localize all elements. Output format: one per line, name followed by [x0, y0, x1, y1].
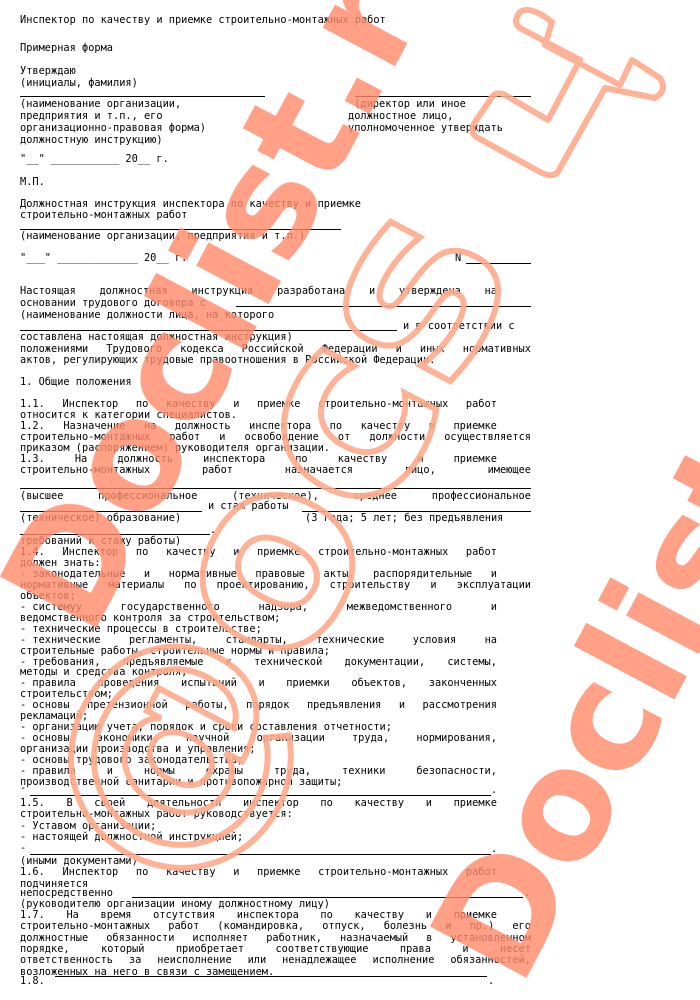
word: работы,	[185, 699, 228, 711]
word: качеству	[166, 546, 216, 558]
word: строительно-монтажных	[20, 920, 150, 932]
word: техники	[342, 765, 385, 777]
extra-knowledge-field[interactable]	[30, 795, 491, 796]
word: и	[462, 943, 468, 955]
intro-line: и в соответствии с	[403, 320, 515, 332]
approver-caption-line: уполномоченное утверждать	[348, 122, 503, 134]
word: утверждена	[399, 285, 461, 297]
word: по	[320, 909, 332, 921]
word: исполняет	[192, 932, 248, 944]
document-date-field: "___" _____________ 20__ г.	[20, 252, 187, 264]
knowledge-item: нормативныематериалыпопроектированию,стр…	[20, 579, 531, 591]
word: приемке	[257, 866, 300, 878]
section-title: 1. Общие положения	[20, 376, 132, 388]
word: приемки	[286, 677, 329, 689]
document-title: Инспектор по качеству и приемке строител…	[20, 14, 386, 26]
word: от	[338, 431, 350, 443]
word: качеству	[354, 909, 404, 921]
education-field[interactable]	[20, 488, 531, 489]
word: и	[426, 909, 432, 921]
word: проектированию,	[217, 579, 310, 591]
paragraph-line: 1.6.Инспекторпокачествуиприемкестроитель…	[20, 866, 497, 878]
approver-caption-line: (директор или иное	[348, 98, 466, 110]
paragraph-line: - настоящей должностной инструкцией;	[20, 831, 243, 843]
word: эксплуатации	[457, 579, 531, 591]
approver-position-field[interactable]	[355, 96, 531, 97]
intro-line: составлена настоящая должностная инструк…	[20, 331, 293, 343]
word: и	[233, 866, 239, 878]
word: труда,	[352, 732, 389, 744]
word: приемке	[257, 398, 300, 410]
word: или	[248, 954, 267, 966]
caption-line: (техническое) образование)	[20, 512, 181, 524]
word: материалы	[108, 579, 164, 591]
word: должности	[369, 431, 425, 443]
approve-label: Утверждаю	[20, 65, 76, 77]
paragraph-line: 1.7.Навремяотсутствияинспекторапокачеств…	[20, 909, 497, 921]
heading-line: строительно-монтажных работ	[20, 209, 187, 221]
word: и	[369, 285, 375, 297]
intro-line: основании трудового договора с	[20, 297, 206, 309]
intro-line: (наименование должности лица, на которог…	[20, 309, 274, 321]
word: права	[400, 943, 431, 955]
paragraph-line: строительно-монтажныхработназначаетсялиц…	[20, 464, 531, 476]
approver-caption-line: должностное лицо,	[348, 110, 453, 122]
knowledge-item: - основыпретензионнойработы,порядокпредъ…	[20, 699, 497, 711]
word: на	[485, 285, 497, 297]
word: должностная	[99, 285, 167, 297]
word: документации,	[345, 656, 426, 668]
word: своей	[94, 797, 125, 809]
word: условия	[413, 634, 456, 646]
word: испытаний	[181, 677, 237, 689]
word: и	[399, 699, 405, 711]
paragraph-line: строительно-монтажных работ руководствуе…	[20, 808, 293, 820]
word: лицо,	[405, 464, 436, 476]
word: (высшее	[20, 490, 63, 502]
word: и	[426, 797, 432, 809]
word: На	[66, 909, 78, 921]
word: Настоящая	[20, 285, 76, 297]
word: В	[66, 797, 72, 809]
word: инструкция	[191, 285, 253, 297]
caption-line: (3 года; 5 лет; без предъявления	[305, 512, 503, 524]
word: нормативных	[463, 343, 531, 355]
word: и	[430, 579, 436, 591]
word: обязанностей,	[450, 954, 531, 966]
period: .	[491, 784, 497, 796]
dash: -	[20, 782, 26, 794]
word: инспектор	[243, 797, 299, 809]
period: .	[210, 524, 216, 536]
paragraph-number: 1.8.	[20, 975, 45, 987]
paragraph-line: должностныеобязанностиисполняетработник,…	[20, 932, 531, 944]
number-label: N	[455, 252, 461, 264]
word: порядке,	[20, 943, 70, 955]
word: 1.6.	[20, 866, 45, 878]
word: его	[512, 920, 531, 932]
document-page: Инспектор по качеству и приемке строител…	[0, 0, 700, 1000]
word: рассмотрения	[423, 699, 497, 711]
word: ответственность	[20, 954, 113, 966]
word: приемке	[454, 909, 497, 921]
word: ненадлежащее	[282, 954, 356, 966]
word: исполнение	[372, 954, 434, 966]
clause-1-8-field[interactable]	[55, 976, 487, 977]
word: разработана	[277, 285, 345, 297]
word: законченных	[429, 677, 497, 689]
word: работ	[202, 464, 233, 476]
intro-line: Настоящаядолжностнаяинструкцияразработан…	[20, 285, 497, 297]
paragraph-line: 1.5.Всвоейдеятельностиинспекторпокачеств…	[20, 797, 497, 809]
word: должностные	[20, 932, 88, 944]
word: к	[226, 656, 232, 668]
period: .	[491, 843, 497, 855]
word: имеющее	[488, 464, 531, 476]
org-caption-line: (наименование организации,	[20, 98, 181, 110]
stamp-label: М.П.	[20, 176, 45, 188]
org-caption-line: организационно-правовая форма)	[20, 122, 206, 134]
word: предъявления	[307, 699, 381, 711]
word: и	[491, 601, 497, 613]
word: объектов,	[351, 677, 407, 689]
period: .	[524, 887, 530, 899]
contract-field[interactable]	[236, 306, 531, 307]
word: время	[101, 909, 132, 921]
word: системы,	[447, 656, 497, 668]
intro-line: актов, регулирующих трудовые правоотноше…	[20, 354, 435, 366]
word: болезнь	[384, 920, 427, 932]
word: строительно-монтажных	[318, 546, 448, 558]
knowledge-item: производственной санитарии и противопожа…	[20, 776, 342, 788]
word: в	[426, 932, 432, 944]
word: несет	[500, 943, 531, 955]
org-caption: (наименование организации, предприятия и…	[20, 230, 305, 242]
word: обязанности	[106, 932, 174, 944]
word: профессиональное	[98, 490, 197, 502]
word: межведомственного	[347, 601, 452, 613]
word: соответствующие	[275, 943, 368, 955]
word: работ	[466, 398, 497, 410]
word: деятельности	[147, 797, 221, 809]
word: технической	[254, 656, 322, 668]
word: порядок	[246, 699, 289, 711]
word: инспектора	[237, 909, 299, 921]
word: и	[233, 546, 239, 558]
word: назначается	[285, 464, 353, 476]
word: строительно-монтажных	[20, 464, 150, 476]
word: среднее	[354, 490, 397, 502]
word: организации	[257, 732, 325, 744]
word: работ	[168, 920, 199, 932]
approval-date-field: "__" ___________ 20__ г.	[20, 153, 169, 165]
word: профессиональное	[432, 490, 531, 502]
document-number-field[interactable]	[466, 263, 531, 264]
word: осуществляется	[444, 431, 531, 443]
word: работник,	[266, 932, 322, 944]
paragraph-line: ответственностьзанеисполнениеилиненадлеж…	[20, 954, 531, 966]
word: строительно-монтажных	[318, 866, 448, 878]
word: и	[258, 677, 264, 689]
initials-label: (инициалы, фамилия)	[20, 77, 138, 89]
word: строительству	[330, 579, 411, 591]
word: приемке	[454, 797, 497, 809]
word: отпуск,	[322, 920, 365, 932]
paragraph-line: и стаж работы	[208, 500, 289, 512]
word: который	[101, 943, 144, 955]
word: 1.5.	[20, 797, 45, 809]
paragraph-line: строительно-монтажныхработ(командировка,…	[20, 920, 531, 932]
word: неисполнение	[157, 954, 231, 966]
word: приемке	[257, 546, 300, 558]
paragraph-line: - Уставом организации;	[20, 820, 156, 832]
word: приобретает	[176, 943, 244, 955]
word: 1.7.	[20, 909, 45, 921]
word: качеству	[354, 797, 404, 809]
dash: -	[20, 842, 26, 854]
word: строительно-монтажных	[318, 398, 448, 410]
paragraph-line: порядке,которыйприобретаетсоответствующи…	[20, 943, 531, 955]
word: безопасности,	[416, 765, 497, 777]
word: по	[136, 546, 148, 558]
word: отсутствия	[153, 909, 215, 921]
word: нормирования,	[416, 732, 497, 744]
word: назначаемый	[340, 932, 408, 944]
word: пр.)	[469, 920, 494, 932]
word: по	[184, 579, 196, 591]
word: установленном	[450, 932, 531, 944]
period: .	[488, 975, 494, 987]
word: Инспектор	[62, 866, 118, 878]
org-caption-line: должностную инструкцию)	[20, 134, 163, 146]
word: по	[136, 866, 148, 878]
word: на	[485, 634, 497, 646]
word: за	[129, 954, 141, 966]
org-name-field[interactable]	[20, 96, 265, 97]
word: работ	[466, 866, 497, 878]
word: качеству	[166, 866, 216, 878]
form-type: Примерная форма	[20, 42, 113, 54]
word: работ	[466, 546, 497, 558]
word: и	[445, 920, 451, 932]
word: претензионной	[87, 699, 168, 711]
org-caption-line: предприятия и т.п., его	[20, 110, 163, 122]
word: (командировка,	[217, 920, 304, 932]
word: по	[320, 797, 332, 809]
